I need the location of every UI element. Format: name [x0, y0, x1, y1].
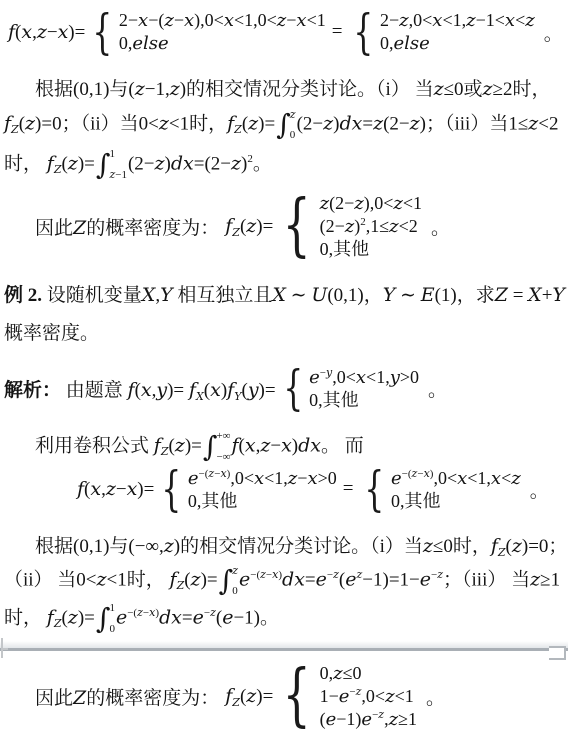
conclusion-density-2: 因此Z的概率密度为： fZ(z)= { 0,z≤0 1−e−z,0<z<1 (e… — [35, 661, 445, 731]
formula-joint-density-line: f(x,z−x)= { 2−x−(z−x),0<x<1,0<z−x<1 0,el… — [8, 8, 563, 56]
case-row: 0,else — [119, 32, 326, 55]
formula-lhs: f(x,z−x)= — [77, 478, 154, 501]
piecewise-group: { 2−z,0<x<1,z−1<x<z 0,else — [348, 8, 534, 56]
case-row: 0,其他 — [309, 389, 419, 411]
document-page: { "doc": { "f1": { "lhs": "<i>f</i>(<i>x… — [0, 0, 568, 733]
piecewise-group: { e−(z−x),0<x<1,x<z 0,其他 — [359, 465, 520, 513]
case-row: e−(z−x),0<x<1,z−x>0 — [188, 467, 337, 490]
case-row: 1−e−z,0<z<1 — [320, 685, 417, 708]
full-stop: 。 — [426, 683, 445, 710]
paragraph-discussion-1-line-2: fZ(z)=0；（ii）当0<z<1时，fZ(z)=∫z0(2−z)dx=z(2… — [4, 108, 559, 142]
case-row: 0,z≤0 — [320, 662, 417, 685]
conclusion-label: 因此Z的概率密度为： — [35, 213, 219, 240]
formula-lhs: fZ(z)= — [225, 685, 273, 708]
page-bottom-shadow — [0, 641, 568, 648]
example-2-line-2: 概率密度。 — [4, 318, 99, 345]
case-row: z(2−z),0<z<1 — [320, 192, 422, 215]
piecewise-group: { e−y,0<x<1,y>0 0,其他 — [278, 364, 419, 412]
formula-fxzx-line: f(x,z−x)= { e−(z−x),0<x<1,z−x>0 0,其他 = {… — [77, 464, 549, 514]
example-2-line-1: 例 2. 设随机变量X,Y 相互独立且X ∼ U(0,1)，Y ∼ E(1)，求… — [4, 280, 568, 307]
formula-lhs: f(x,z−x)= — [8, 21, 85, 44]
left-brace: { — [283, 662, 311, 730]
solution-intro-line: 解析： 由题意 f(x,y)= fX(x)fY(y)= { e−y,0<x<1,… — [4, 364, 447, 412]
case-row: 0,其他 — [391, 490, 521, 512]
case-row: 0,其他 — [188, 490, 337, 512]
piecewise-group: { 2−x−(z−x),0<x<1,0<z−x<1 0,else — [87, 8, 325, 56]
case-rows: 2−z,0<x<1,z−1<x<z 0,else — [380, 9, 535, 55]
case-row: e−(z−x),0<x<1,x<z — [391, 467, 521, 490]
case-rows: 2−x−(z−x),0<x<1,0<z−x<1 0,else — [119, 9, 326, 55]
case-row: 2−x−(z−x),0<x<1,0<z−x<1 — [119, 9, 326, 32]
case-rows: e−(z−x),0<x<1,z−x>0 0,其他 — [188, 467, 337, 512]
left-brace: { — [93, 8, 113, 56]
full-stop: 。 — [544, 19, 563, 46]
piecewise-group: { e−(z−x),0<x<1,z−x>0 0,其他 — [156, 465, 336, 513]
paragraph-discussion-1-line-3: 时， fZ(z)=∫1z−1(2−z)dx=(2−z)2。 — [4, 148, 272, 182]
left-brace: { — [283, 192, 311, 260]
case-rows: e−(z−x),0<x<1,x<z 0,其他 — [391, 467, 521, 512]
formula-lhs: fZ(z)= — [225, 215, 273, 238]
left-margin-tick — [1, 648, 8, 650]
left-brace: { — [162, 465, 182, 513]
conclusion-label: 因此Z的概率密度为： — [35, 683, 219, 710]
case-rows: z(2−z),0<z<1 (2−z)2,1≤z<2 0,其他 — [320, 192, 422, 260]
left-brace: { — [354, 8, 374, 56]
case-rows: e−y,0<x<1,y>0 0,其他 — [309, 366, 419, 411]
left-brace: { — [365, 465, 385, 513]
case-row: 0,else — [380, 32, 535, 55]
convolution-formula-line: 利用卷积公式 fZ(z)=∫+∞−∞f(x,z−x)dx。 而 — [35, 430, 364, 464]
full-stop: 。 — [530, 476, 549, 503]
case-row: 2−z,0<x<1,z−1<x<z — [380, 9, 535, 32]
conclusion-density-1: 因此Z的概率密度为： fZ(z)= { z(2−z),0<z<1 (2−z)2,… — [35, 192, 450, 260]
left-brace: { — [283, 364, 303, 412]
paragraph-discussion-2-line-2: （ii） 当0<z<1时， fZ(z)=∫z0e−(z−x)dx=e−z(ez−… — [4, 564, 560, 598]
case-row: (2−z)2,1≤z<2 — [320, 215, 422, 238]
piecewise-group: { 0,z≤0 1−e−z,0<z<1 (e−1)e−z,z≥1 — [275, 662, 417, 731]
paragraph-discussion-2-line-3: 时， fZ(z)=∫10e−(z−x)dx=e−z(e−1)。 — [4, 602, 279, 636]
case-row: e−y,0<x<1,y>0 — [309, 366, 419, 389]
equals-sign: = — [343, 478, 354, 500]
full-stop: 。 — [431, 213, 450, 240]
piecewise-group: { z(2−z),0<z<1 (2−z)2,1≤z<2 0,其他 — [275, 192, 422, 260]
case-row: 0,其他 — [320, 238, 422, 260]
paragraph-discussion-2-line-1: 根据(0,1)与(−∞,z)的相交情况分类讨论。（i）当z≤0时，fZ(z)=0… — [35, 531, 567, 558]
case-row: (e−1)e−z,z≥1 — [320, 708, 417, 731]
case-rows: 0,z≤0 1−e−z,0<z<1 (e−1)e−z,z≥1 — [320, 662, 417, 731]
paragraph-discussion-1-line-1: 根据(0,1)与(z−1,z)的相交情况分类讨论。（i） 当z≤0或z≥2时， — [35, 74, 551, 101]
page-separator-line — [0, 648, 568, 651]
right-margin-mark — [549, 646, 566, 660]
solution-lead: 解析： 由题意 f(x,y)= fX(x)fY(y)= — [4, 375, 276, 402]
equals-sign: = — [332, 21, 343, 43]
full-stop: 。 — [428, 375, 447, 402]
